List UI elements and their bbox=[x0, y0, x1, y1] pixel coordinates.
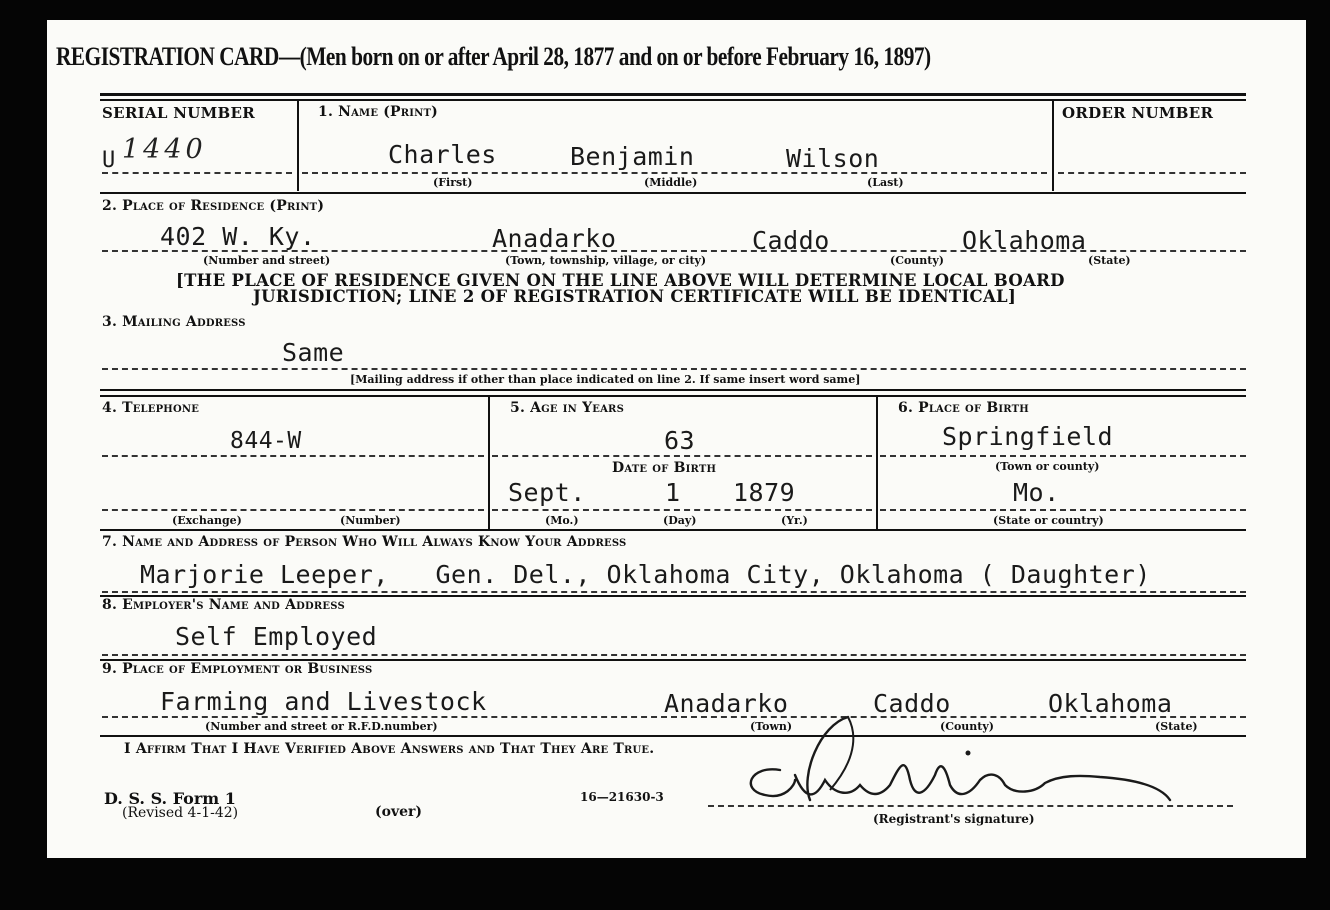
contact-value: Marjorie Leeper, Gen. Del., Oklahoma Cit… bbox=[140, 560, 1151, 589]
middle-caption: (Middle) bbox=[644, 176, 697, 189]
affirmation-text: I Affirm That I Have Verified Above Answ… bbox=[124, 741, 654, 757]
number-caption: (Number) bbox=[340, 514, 401, 527]
rule-top-1 bbox=[100, 93, 1246, 96]
divider bbox=[1052, 101, 1054, 191]
employment-label: 9. Place of Employment or Business bbox=[102, 661, 372, 677]
county-caption: (County) bbox=[890, 254, 944, 267]
first-caption: (First) bbox=[433, 176, 472, 189]
signature-caption: (Registrant's signature) bbox=[873, 812, 1035, 826]
employment-street: Farming and Livestock bbox=[160, 687, 487, 716]
dotted-line bbox=[102, 654, 1246, 656]
employment-street-caption: (Number and street or R.F.D.number) bbox=[205, 720, 438, 733]
divider bbox=[876, 397, 878, 529]
rule bbox=[100, 395, 1246, 397]
year-caption: (Yr.) bbox=[781, 514, 808, 527]
mailing-note: [Mailing address if other than place ind… bbox=[350, 373, 860, 386]
employer-value: Self Employed bbox=[175, 622, 377, 651]
divider bbox=[297, 101, 299, 191]
name-middle: Benjamin bbox=[570, 142, 694, 171]
dotted-line bbox=[1058, 172, 1246, 174]
employer-label: 8. Employer's Name and Address bbox=[102, 597, 345, 613]
name-last: Wilson bbox=[786, 144, 879, 173]
order-number-label: ORDER NUMBER bbox=[1062, 104, 1213, 122]
dotted-line bbox=[102, 509, 484, 511]
last-caption: (Last) bbox=[867, 176, 904, 189]
name-label: 1. Name (Print) bbox=[318, 104, 438, 120]
birth-year: 1879 bbox=[733, 478, 795, 507]
birth-day: 1 bbox=[665, 478, 681, 507]
telephone-value: 844-W bbox=[230, 428, 302, 454]
contact-label: 7. Name and Address of Person Who Will A… bbox=[102, 534, 626, 550]
dotted-line bbox=[492, 455, 872, 457]
dotted-line bbox=[102, 455, 484, 457]
form-revision: (Revised 4-1-42) bbox=[122, 805, 238, 821]
dotted-line bbox=[880, 509, 1246, 511]
birthplace-town: Springfield bbox=[942, 422, 1113, 451]
street-caption: (Number and street) bbox=[203, 254, 330, 267]
day-caption: (Day) bbox=[663, 514, 696, 527]
serial-number-label: SERIAL NUMBER bbox=[102, 104, 255, 122]
rule-top-2 bbox=[100, 99, 1246, 101]
rule bbox=[100, 529, 1246, 531]
birthplace-label: 6. Place of Birth bbox=[898, 400, 1029, 416]
date-of-birth-label: Date of Birth bbox=[612, 460, 716, 476]
print-code: 16—21630-3 bbox=[580, 790, 664, 804]
signature-handwritten bbox=[700, 705, 1220, 815]
telephone-label: 4. Telephone bbox=[102, 400, 199, 416]
signature-line bbox=[708, 805, 1233, 807]
mailing-address-label: 3. Mailing Address bbox=[102, 314, 246, 330]
rule bbox=[100, 389, 1246, 391]
serial-prefix: U bbox=[102, 148, 116, 173]
dotted-line bbox=[102, 368, 1246, 370]
birth-month: Sept. bbox=[508, 478, 586, 507]
age-label: 5. Age in Years bbox=[510, 400, 624, 416]
dotted-line bbox=[102, 591, 1246, 593]
town-caption: (Town, township, village, or city) bbox=[505, 254, 706, 267]
name-first: Charles bbox=[388, 140, 497, 169]
state-or-country-caption: (State or country) bbox=[993, 514, 1104, 527]
dotted-line bbox=[880, 455, 1246, 457]
exchange-caption: (Exchange) bbox=[172, 514, 242, 527]
dotted-line bbox=[102, 250, 1246, 252]
dotted-line bbox=[492, 509, 872, 511]
birthplace-state: Mo. bbox=[1013, 478, 1060, 507]
dotted-line bbox=[302, 172, 1047, 174]
town-or-county-caption: (Town or county) bbox=[995, 460, 1099, 473]
card-title: REGISTRATION CARD—(Men born on or after … bbox=[56, 42, 931, 72]
mailing-address-value: Same bbox=[282, 338, 344, 367]
residence-town: Anadarko bbox=[492, 224, 616, 253]
serial-number-value: 1440 bbox=[122, 134, 207, 165]
residence-street: 402 W. Ky. bbox=[160, 222, 316, 251]
state-caption: (State) bbox=[1088, 254, 1131, 267]
dotted-line bbox=[102, 172, 292, 174]
residence-label: 2. Place of Residence (Print) bbox=[102, 198, 324, 214]
age-value: 63 bbox=[664, 426, 695, 455]
jurisdiction-notice-2: JURISDICTION; LINE 2 OF REGISTRATION CER… bbox=[253, 287, 1016, 306]
divider bbox=[488, 397, 490, 529]
over-note: (over) bbox=[375, 804, 422, 820]
rule bbox=[100, 192, 1246, 194]
month-caption: (Mo.) bbox=[545, 514, 579, 527]
signature-scrawl-icon bbox=[700, 705, 1220, 815]
